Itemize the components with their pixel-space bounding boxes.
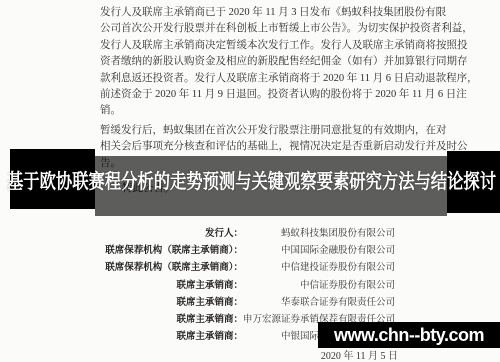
announcement-date: 2020 年 11 月 5 日 — [240, 347, 398, 362]
headline-text: 基于欧协联赛程分析的走势预测与关键观察要素研究方法与结论探讨 — [7, 169, 496, 196]
paragraph-refund-notice: 发行人及联席主承销商已于 2020 年 11 月 3 日发布《蚂蚁科技集团股份有… — [100, 5, 406, 120]
paragraph-line: 前述资金于 2020 年 11 月 9 日退回。投资者认购的股份将于 2020 … — [100, 87, 406, 103]
paragraph-line: 款利息返还投资者。发行人及联席主承销商将于 2020 年 11 月 6 日启动退… — [100, 71, 406, 87]
watermark-badge: www.chn--bty.com — [318, 322, 500, 348]
signature-row-label: 联席保荐机构（联席主承销商）： — [0, 242, 243, 256]
signature-row-value: 中信证券股份有限公司 — [243, 277, 395, 291]
paragraph-line: 资者缴纳的新股认购资金及相应的新股配售经纪佣金（如有）并加算银行同期存 — [100, 54, 406, 70]
signature-row-label: 联席主承销商： — [0, 277, 243, 291]
signature-row: 联席主承销商： 华泰联合证券有限责任公司 — [0, 292, 500, 309]
signature-row: 发行人： 蚂蚁科技集团股份有限公司 — [0, 223, 500, 240]
signature-row-label: 联席主承销商： — [0, 311, 243, 325]
paragraph-line: 相关会后事项充分核查和评估的基础上，视情况决定是否重新启动发行并及时公 — [100, 139, 406, 155]
signature-row-label: 发行人： — [0, 225, 243, 239]
signature-row: 联席保荐机构（联席主承销商）： 中国国际金融股份有限公司 — [0, 240, 500, 257]
signature-row-value: 中信建投证券股份有限公司 — [243, 259, 395, 273]
signature-row-value: 中国国际金融股份有限公司 — [243, 242, 395, 256]
signature-row: 联席保荐机构（联席主承销商）： 中信建投证券股份有限公司 — [0, 258, 500, 275]
signature-row-label: 联席主承销商： — [0, 294, 243, 308]
signature-row-value: 蚂蚁科技集团股份有限公司 — [243, 225, 395, 239]
watermark-url: www.chn--bty.com — [334, 325, 484, 346]
signature-row: 联席主承销商： 中信证券股份有限公司 — [0, 275, 500, 292]
signature-row-label: 联席保荐机构（联席主承销商）： — [0, 259, 243, 273]
paragraph-line: 销。 — [100, 103, 406, 119]
paragraph-line: 发行人及联席主承销商决定暂缓本次发行工作。发行人及联席主承销商将按照投 — [100, 38, 406, 54]
announcement-screenshot: 发行人及联席主承销商已于 2020 年 11 月 3 日发布《蚂蚁科技集团股份有… — [0, 0, 500, 362]
paragraph-line: 公司首次公开发行股票并在科创板上市暂缓上市公告》。为切实保护投资者利益， — [100, 21, 406, 37]
paragraph-line: 发行人及联席主承销商已于 2020 年 11 月 3 日发布《蚂蚁科技集团股份有… — [100, 5, 406, 21]
paragraph-line: 暂缓发行后，蚂蚁集团在首次公开发行股票注册同意批复的有效期内，在对 — [100, 123, 406, 139]
signature-row-value: 华泰联合证券有限责任公司 — [243, 294, 395, 308]
signature-row-label: 联席主承销商： — [0, 328, 243, 342]
